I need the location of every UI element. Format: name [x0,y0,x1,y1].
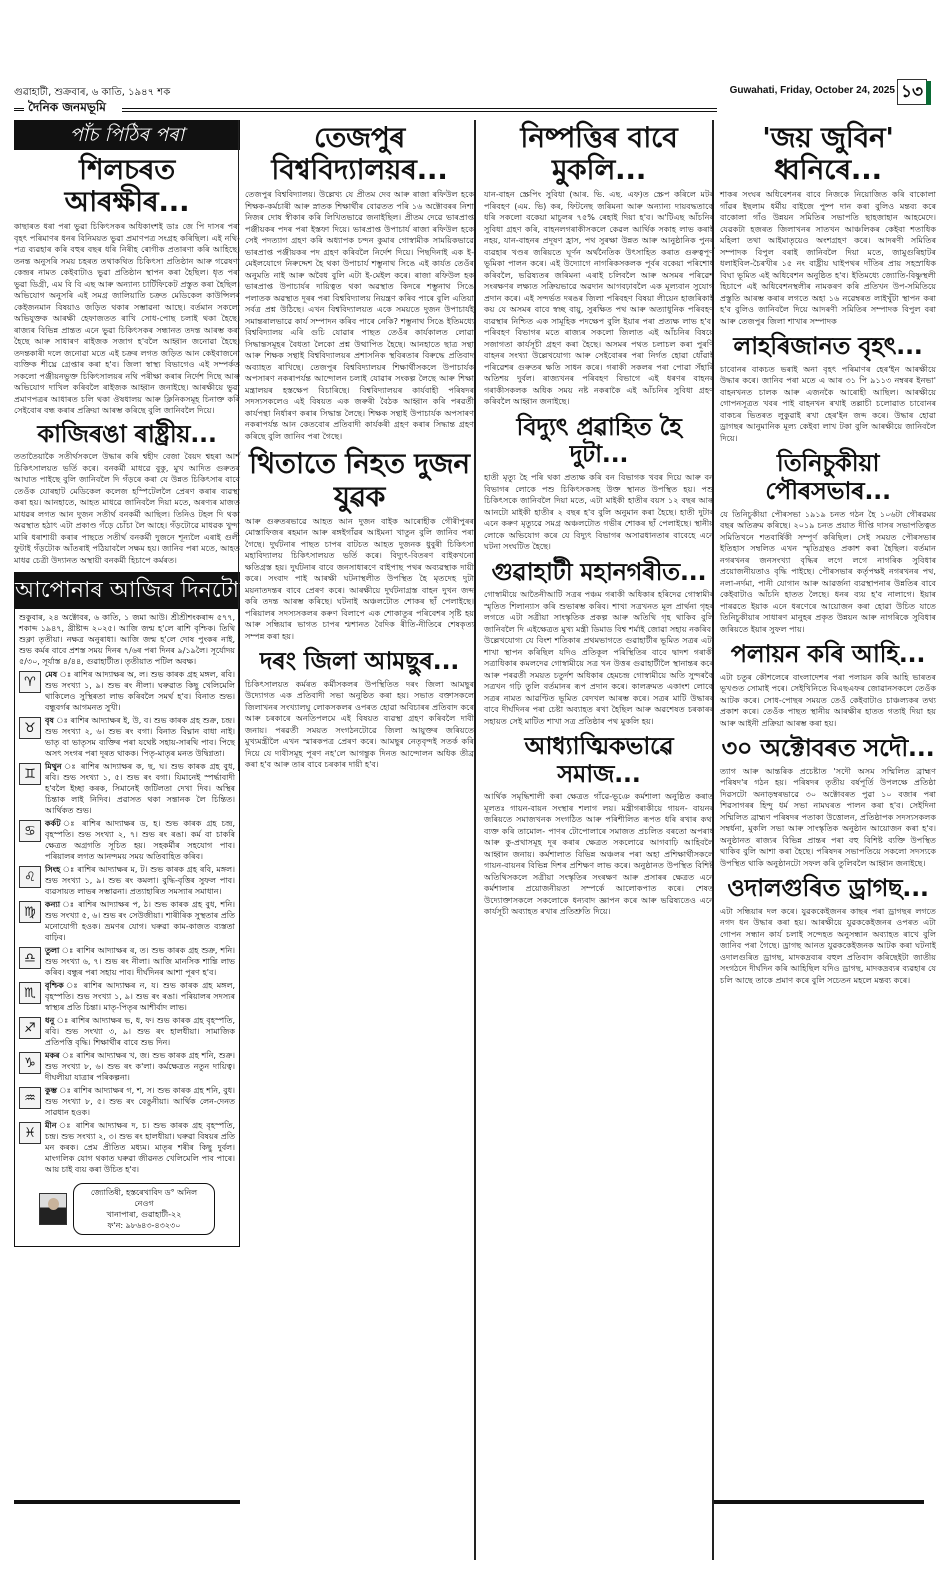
article-body: তেজপুৰ বিশ্ববিদ্যালয়। উল্লেখ্য যে প্ৰীত… [245,189,474,442]
sign-text: ৰাশিৰ আদ্যাক্ষৰ খ, জ। শুভ কাৰক গ্ৰহ শনি,… [45,1051,235,1082]
sign-name: সিংহ [45,865,60,874]
pisces-icon: ♓ [19,1122,41,1144]
horoscope-intro: শুকুবাৰ, ২৪ অক্টোবৰ, ৬ কাতি, ১ জমা আউ। শ… [19,612,235,667]
aries-icon: ♈ [19,671,41,693]
article-lahorijan: লাহৰিজানত বৃহৎ... চাবোনৰ বাকচত ভৰাই অনা … [720,333,936,444]
article-body: এটা চতুৰ কৌশলেৰে বাংলাদেশৰ পৰা পলায়ন কৰ… [720,672,936,730]
sign-name: কৰ্কট [45,819,61,828]
article-tezpur-university: তেজপুৰ বিশ্ববিদ্যালয়ৰ... তেজপুৰ বিশ্ববি… [245,122,474,442]
article-body: ত্যাগ আৰু আন্তৰিক প্ৰচেষ্টাত 'সদৌ অসম সম… [720,766,936,870]
article-vehicle-scrapping: নিষ্পত্তিৰ বাবে মুকলি... যান-বাহন স্ক্ৰে… [484,122,714,408]
column-divider [474,120,476,1560]
column-2: তেজপুৰ বিশ্ববিদ্যালয়ৰ... তেজপুৰ বিশ্ববি… [238,120,474,771]
accent-bar [926,81,931,105]
headline: নিষ্পত্তিৰ বাবে মুকলি... [484,122,714,186]
sign-name: ধনু [45,1016,54,1025]
sign-text: ৰাশিৰ আদ্যাক্ষৰ প, ঠ। শুভ কাৰক গ্ৰহ বুধ,… [45,900,235,942]
sign-name: কন্যা [45,900,60,909]
paper-name: দৈনিক জনমভূমি [28,99,106,119]
sign-text: ৰাশিৰ আদ্যাক্ষৰ ই, উ, ব। শুভ কাৰক গ্ৰহ শ… [45,716,235,758]
gemini-icon: ♊ [19,763,41,785]
sign-name: তুলা [45,946,59,955]
sign-name: কুম্ভ [45,1086,57,1095]
article-body: আৰু গুৰুতৰভাৱে আহত আন দুজন বাইক আৰোহীক গ… [245,516,474,643]
bottom-rule [14,1500,240,1504]
divider [14,108,24,111]
sign-mithun: ♊ মিথুন ঃ ৰাশিৰ আদ্যাক্ষৰ ক, ছ, ঘ। শুভ ক… [19,761,235,816]
horoscope-title: আপোনাৰ আজিৰ দিনটো [15,573,239,609]
sign-text: ৰাশিৰ আদ্যাক্ষৰ ক, ছ, ঘ। শুভ কাৰক গ্ৰহ ব… [45,762,235,815]
article-body: হাতী মৃত্যু হৈ পৰি থকা প্ৰত্যক্ষ কৰি বন … [484,472,714,553]
page-number: ১৩ [897,79,927,105]
sign-name: মকৰ [45,1051,60,1060]
column-3: নিষ্পত্তিৰ বাবে মুকলি... যান-বাহন স্ক্ৰে… [478,120,714,918]
headline: তিনিচুকীয়া পৌৰসভাৰ... [720,450,936,505]
article-body: কাছাৰত ধৰা পৰা ভুৱা চিকিৎসকৰ অধিকাংশই ডা… [14,221,240,417]
article-tinsukia-municipality: তিনিচুকীয়া পৌৰসভাৰ... যে তিনিচুকীয়া পৌ… [720,450,936,635]
astrologer-address: খানাপাৰা, গুৱাহাটী-২২ [84,1209,204,1220]
sign-name: বৃষ [45,716,54,725]
headline: লাহৰিজানত বৃহৎ... [720,333,936,361]
article-body: চাবোনৰ বাকচত ভৰাই অনা বৃহৎ পৰিমাণৰ হেৰ'ই… [720,364,936,445]
article-darrang-amsu: দৰং জিলা আমছুৰ... চিকিৎসালয়ত কৰ্মৰত কৰ্… [245,648,474,771]
headline: ওদালগুৰিত ড্ৰাগছ... [720,875,936,903]
section-banner: পাঁচ পিঠিৰ পৰা [14,120,240,150]
sign-text: ৰাশিৰ আদ্যাক্ষৰ অ, ল। শুভ কাৰক গ্ৰহ মঙ্গ… [45,670,235,712]
sign-name: বৃশ্চিক [45,981,64,990]
article-body: শাকৰ সংঘৰ অধিবেশনৰ বাবে নিজকে নিয়োজিত ক… [720,189,936,327]
sign-text: ৰাশিৰ আদ্যাক্ষৰ ম, ট। শুভ কাৰক গ্ৰহ ৰবি,… [45,865,235,896]
astrologer-name: জ্যোতিষী, হস্তৰেখাবিদ ড° অনিল নেওগ [84,1187,204,1209]
article-body: যে তিনিচুকীয়া পৌৰসভা ১৯১৯ চনত গঠন হৈ ১০… [720,509,936,636]
article-body: ততাতৈয়াকৈ সতীৰ্থসকলে উদ্ধাৰ কৰি শ্বহীদ … [14,451,240,566]
article-body: এটা সন্ধিয়াৰ দল কৰে। যুৱককেইজনৰ কাছৰ পৰ… [720,906,936,987]
horoscope-box: আপোনাৰ আজিৰ দিনটো শুকুবাৰ, ২৪ অক্টোবৰ, ৬… [14,572,240,1247]
headline: থিতাতে নিহত দুজন যুৱক [245,448,474,512]
article-guwahati-city: গুৱাহাটী মহানগৰীত... গোস্বামীয়ে আতৈনীআট… [484,559,714,728]
date-english: Guwahati, Friday, October 24, 2025 [730,85,895,96]
headline: 'জয় জুবিন' ধ্বনিৰে... [720,122,936,186]
sagittarius-icon: ♐ [19,1017,41,1039]
article-joy-zubeen: 'জয় জুবিন' ধ্বনিৰে... শাকৰ সংঘৰ অধিবেশন… [720,122,936,327]
headline: দৰং জিলা আমছুৰ... [245,648,474,676]
sign-kanya: ♍ কন্যা ঃ ৰাশিৰ আদ্যাক্ষৰ প, ঠ। শুভ কাৰক… [19,899,235,943]
capricorn-icon: ♑ [19,1052,41,1074]
article-body: চিকিৎসালয়ত কৰ্মৰত কৰ্মীসকলৰ উপস্থিতিত দ… [245,679,474,771]
article-body: যান-বাহন স্ক্ৰেপিং সুবিধা (আৰ. ভি. এছ. এ… [484,189,714,408]
article-silchar: শিলচৰত আৰক্ষীৰ... কাছাৰত ধৰা পৰা ভুৱা চি… [14,154,240,417]
astrologer-phone: ফ'ন: ৯৮৬৪৩-৪৩২৩০ [84,1220,204,1231]
cancer-icon: ♋ [19,820,41,842]
headline: পলায়ন কৰি আহি... [720,641,936,669]
sign-text: ৰাশিৰ আদ্যাক্ষৰ ড, হ। শুভ কাৰক গ্ৰহ চন্দ… [45,819,235,861]
article-spiritual-society: আধ্যাত্মিকভাৱে সমাজ... আৰ্থিক সমৃদ্ধিশাল… [484,733,714,918]
headline: বিদ্যুৎ প্ৰৱাহিত হৈ দুটা... [484,414,714,469]
article-kaziranga: কাজিৰঙা ৰাষ্ট্ৰীয়... ততাতৈয়াকৈ সতীৰ্থস… [14,421,240,567]
taurus-icon: ♉ [19,717,41,739]
leo-icon: ♌ [19,866,41,888]
sign-kumbha: ♒ কুম্ভ ঃ ৰাশিৰ আদ্যাক্ষৰ গ, শ, স। শুভ ক… [19,1085,235,1118]
scorpio-icon: ♏ [19,982,41,1004]
sign-karkat: ♋ কৰ্কট ঃ ৰাশিৰ আদ্যাক্ষৰ ড, হ। শুভ কাৰক… [19,818,235,862]
column-4: 'জয় জুবিন' ধ্বনিৰে... শাকৰ সংঘৰ অধিবেশন… [714,120,936,986]
headline: কাজিৰঙা ৰাষ্ট্ৰীয়... [14,421,240,449]
astrologer-card: জ্যোতিষী, হস্তৰেখাবিদ ড° অনিল নেওগ খানাপ… [19,1177,235,1243]
article-body: গোস্বামীয়ে আতৈনীআটি সত্ৰৰ পঞ্চম গৰাকী অ… [484,589,714,727]
sign-meen: ♓ মীন ঃ ৰাশিৰ আদ্যাক্ষৰ দ, চ। শুভ কাৰক গ… [19,1120,235,1175]
bottom-rule [714,1500,924,1504]
sign-singha: ♌ সিংহ ঃ ৰাশিৰ আদ্যাক্ষৰ ম, ট। শুভ কাৰক … [19,864,235,897]
sign-makar: ♑ মকৰ ঃ ৰাশিৰ আদ্যাক্ষৰ খ, জ। শুভ কাৰক গ… [19,1050,235,1083]
sign-tula: ♎ তুলা ঃ ৰাশিৰ আদ্যাক্ষৰ ৰ, ত। শুভ কাৰক … [19,945,235,978]
article-fled: পলায়ন কৰি আহি... এটা চতুৰ কৌশলেৰে বাংলা… [720,641,936,729]
headline: গুৱাহাটী মহানগৰীত... [484,559,714,587]
libra-icon: ♎ [19,947,41,969]
article-electrocution: বিদ্যুৎ প্ৰৱাহিত হৈ দুটা... হাতী মৃত্যু … [484,414,714,553]
sign-text: ৰাশিৰ আদ্যাক্ষৰ ৰ, ত। শুভ কাৰক গ্ৰহ শুক্… [45,946,235,977]
sign-brish: ♉ বৃষ ঃ ৰাশিৰ আদ্যাক্ষৰ ই, উ, ব। শুভ কাৰ… [19,715,235,759]
headline: আধ্যাত্মিকভাৱে সমাজ... [484,733,714,788]
sign-text: ৰাশিৰ আদ্যাক্ষৰ দ, চ। শুভ কাৰক গ্ৰহ বৃহস… [45,1121,235,1174]
top-rule [122,108,717,112]
astrologer-info: জ্যোতিষী, হস্তৰেখাবিদ ড° অনিল নেওগ খানাপ… [73,1183,215,1235]
sign-name: মিথুন [45,762,62,771]
article-oct-30: ৩০ অক্টোবৰত সদৌ... ত্যাগ আৰু আন্তৰিক প্ৰ… [720,735,936,869]
article-udalguri-drugs: ওদালগুৰিত ড্ৰাগছ... এটা সন্ধিয়াৰ দল কৰে… [720,875,936,986]
column-1: পাঁচ পিঠিৰ পৰা শিলচৰত আৰক্ষীৰ... কাছাৰত … [14,120,240,1247]
sign-name: মীন [45,1121,57,1130]
sign-text: ৰাশিৰ আদ্যাক্ষৰ ন, য। শুভ কাৰক গ্ৰহ মঙ্গ… [45,981,235,1012]
article-body: আৰ্থিক সমৃদ্ধিশালী কৰা ক্ষেত্ৰত গাঁৱে-ভূ… [484,791,714,918]
sign-brishchik: ♏ বৃশ্চিক ঃ ৰাশিৰ আদ্যাক্ষৰ ন, য। শুভ কা… [19,980,235,1013]
sign-name: মেষ [45,670,57,679]
sign-mesh: ♈ মেষ ঃ ৰাশিৰ আদ্যাক্ষৰ অ, ল। শুভ কাৰক গ… [19,669,235,713]
headline: ৩০ অক্টোবৰত সদৌ... [720,735,936,763]
astrologer-photo [39,1193,67,1225]
sign-text: ৰাশিৰ আদ্যাক্ষৰ ভ, ধ, ফ। শুভ কাৰক গ্ৰহ ব… [45,1016,235,1047]
headline: শিলচৰত আৰক্ষীৰ... [14,154,240,218]
sign-dhanu: ♐ ধনু ঃ ৰাশিৰ আদ্যাক্ষৰ ভ, ধ, ফ। শুভ কাৰ… [19,1015,235,1048]
article-two-youths-killed: থিতাতে নিহত দুজন যুৱক আৰু গুৰুতৰভাৱে আহত… [245,448,474,642]
virgo-icon: ♍ [19,901,41,923]
headline: তেজপুৰ বিশ্ববিদ্যালয়ৰ... [245,122,474,186]
aquarius-icon: ♒ [19,1087,41,1109]
sign-text: ৰাশিৰ আদ্যাক্ষৰ গ, শ, স। শুভ কাৰক গ্ৰহ শ… [45,1086,235,1117]
